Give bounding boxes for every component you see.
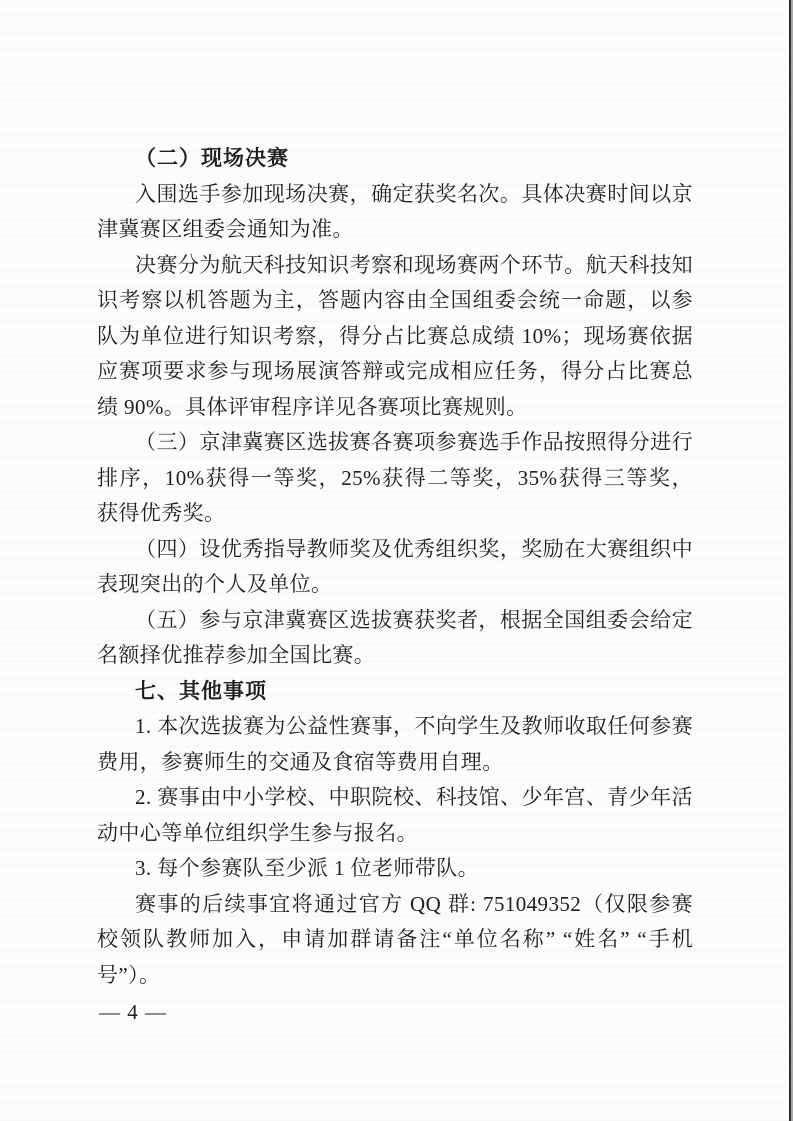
page-number: — 4 — — [99, 1000, 167, 1025]
text-line: 赛事的后续事宜将通过官方 QQ 群: 751049352（仅限参赛学 — [97, 887, 693, 923]
text-line: 获得优秀奖。 — [97, 496, 693, 532]
text-line: （四）设优秀指导教师奖及优秀组织奖，奖励在大赛组织中 — [97, 532, 693, 568]
text-line: 名额择优推荐参加全国比赛。 — [97, 638, 693, 674]
text-line: 动中心等单位组织学生参与报名。 — [97, 816, 693, 852]
document-page: （二）现场决赛入围选手参加现场决赛，确定获奖名次。具体决赛时间以京津冀赛区组委会… — [0, 0, 793, 1121]
text-line: 2. 赛事由中小学校、中职院校、科技馆、少年宫、青少年活 — [97, 780, 693, 816]
text-line: 3. 每个参赛队至少派 1 位老师带队。 — [97, 851, 693, 887]
text-line: 绩 90%。具体评审程序详见各赛项比赛规则。 — [97, 390, 693, 426]
text-line: （五）参与京津冀赛区选拔赛获奖者，根据全国组委会给定 — [97, 603, 693, 639]
text-line: 津冀赛区组委会通知为准。 — [97, 212, 693, 248]
text-line: 入围选手参加现场决赛，确定获奖名次。具体决赛时间以京 — [97, 177, 693, 213]
text-line: 应赛项要求参与现场展演答辩或完成相应任务，得分占比赛总成 — [97, 354, 693, 390]
section-heading: （二）现场决赛 — [97, 141, 693, 177]
text-line: 识考察以机答题为主，答题内容由全国组委会统一命题，以参赛 — [97, 283, 693, 319]
text-line: 表现突出的个人及单位。 — [97, 567, 693, 603]
text-line: （三）京津冀赛区选拔赛各赛项参赛选手作品按照得分进行 — [97, 425, 693, 461]
text-line: 排序，10%获得一等奖，25%获得二等奖，35%获得三等奖，30% — [97, 461, 693, 497]
text-line: 号”）。 — [97, 958, 693, 994]
text-line: 决赛分为航天科技知识考察和现场赛两个环节。航天科技知 — [97, 248, 693, 284]
section-heading: 七、其他事项 — [97, 674, 693, 710]
document-text-block: （二）现场决赛入围选手参加现场决赛，确定获奖名次。具体决赛时间以京津冀赛区组委会… — [97, 141, 693, 993]
scan-edge-line — [789, 0, 791, 1121]
text-line: 校领队教师加入，申请加群请备注“单位名称” “姓名” “手机 — [97, 922, 693, 958]
text-line: 队为单位进行知识考察，得分占比赛总成绩 10%；现场赛依据相 — [97, 319, 693, 355]
text-line: 1. 本次选拔赛为公益性赛事，不向学生及教师收取任何参赛 — [97, 709, 693, 745]
text-line: 费用，参赛师生的交通及食宿等费用自理。 — [97, 745, 693, 781]
